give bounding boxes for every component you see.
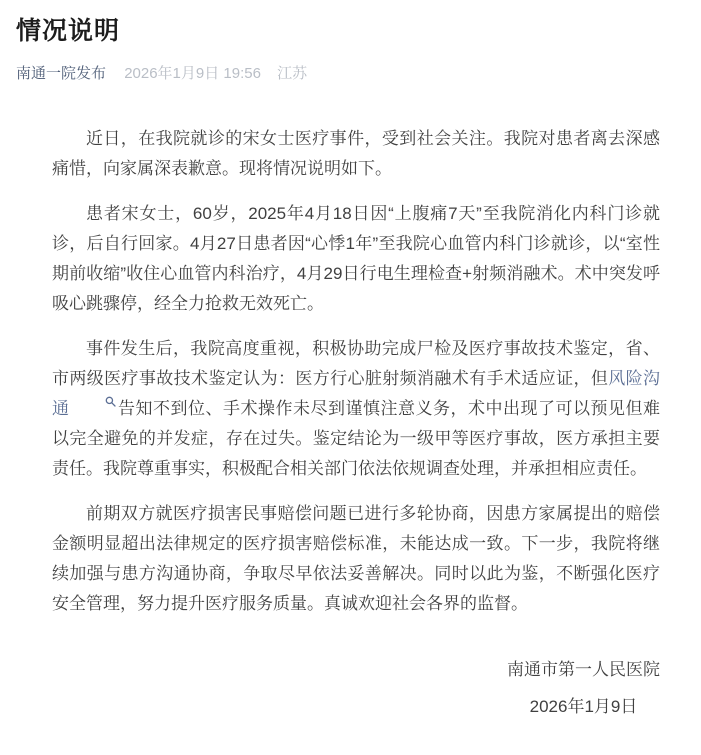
publish-time: 2026年1月9日 19:56 (124, 65, 261, 82)
signature-block: 南通市第一人民医院 2026年1月9日 (52, 651, 660, 725)
search-icon (71, 396, 116, 407)
paragraph-negotiation: 前期双方就医疗损害民事赔偿问题已进行多轮协商，因患方家属提出的赔偿金额明显超出法… (52, 499, 660, 619)
paragraph-intro: 近日，在我院就诊的宋女士医疗事件，受到社会关注。我院对患者离去深感痛惜，向家属深… (52, 124, 660, 184)
appraisal-text-before-link: 事件发生后，我院高度重视，积极协助完成尸检及医疗事故技术鉴定，省、市两级医疗事故… (52, 339, 660, 388)
publisher-name[interactable]: 南通一院发布 (16, 65, 106, 82)
paragraph-appraisal: 事件发生后，我院高度重视，积极协助完成尸检及医疗事故技术鉴定，省、市两级医疗事故… (52, 334, 660, 484)
article-page: 情况说明 南通一院发布 2026年1月9日 19:56 江苏 近日，在我院就诊的… (0, 0, 701, 755)
signature-inner: 南通市第一人民医院 2026年1月9日 (507, 651, 660, 725)
page-title: 情况说明 (16, 8, 685, 49)
article-meta: 南通一院发布 2026年1月9日 19:56 江苏 (16, 63, 685, 84)
signature-date: 2026年1月9日 (507, 688, 660, 725)
paragraph-patient-course: 患者宋女士，60岁，2025年4月18日因“上腹痛7天”至我院消化内科门诊就诊，… (52, 199, 660, 319)
appraisal-text-after-link: 告知不到位、手术操作未尽到谨慎注意义务，术中出现了可以预见但难以完全避免的并发症… (52, 399, 660, 478)
signature-org: 南通市第一人民医院 (507, 651, 660, 688)
publish-region: 江苏 (277, 65, 307, 82)
article-body: 近日，在我院就诊的宋女士医疗事件，受到社会关注。我院对患者离去深感痛惜，向家属深… (52, 124, 660, 725)
